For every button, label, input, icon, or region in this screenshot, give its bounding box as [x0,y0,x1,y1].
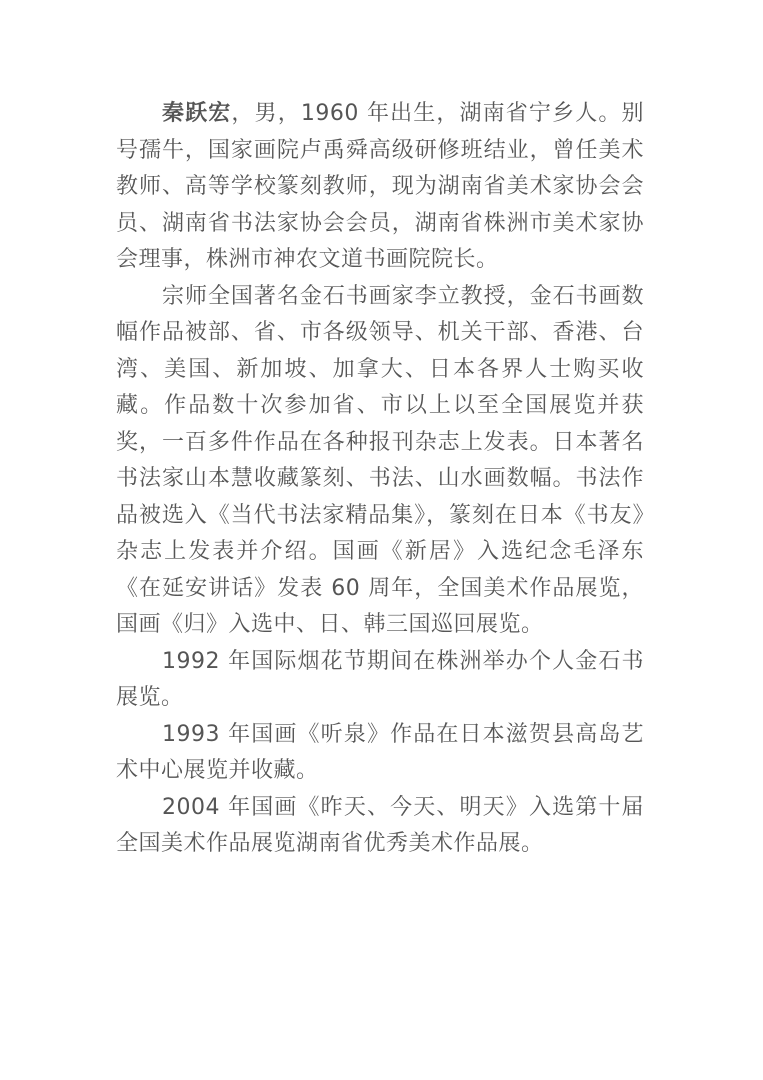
document-page: 秦跃宏，男，1960 年出生，湖南省宁乡人。别号孺牛，国家画院卢禹舜高级研修班结… [116,96,644,863]
bio-text: ，男，1960 年出生，湖南省宁乡人。别号孺牛，国家画院卢禹舜高级研修班结业，曾… [116,101,644,272]
paragraph-achievements: 宗师全国著名金石书画家李立教授，金石书画数幅作品被部、省、市各级领导、机关干部、… [116,279,644,644]
artist-name: 秦跃宏 [162,101,231,126]
paragraph-bio: 秦跃宏，男，1960 年出生，湖南省宁乡人。别号孺牛，国家画院卢禹舜高级研修班结… [116,96,644,279]
paragraph-2004: 2004 年国画《昨天、今天、明天》入选第十届全国美术作品展览湖南省优秀美术作品… [116,790,644,863]
paragraph-1992: 1992 年国际烟花节期间在株洲举办个人金石书展览。 [116,644,644,717]
paragraph-1993: 1993 年国画《听泉》作品在日本滋贺县高岛艺术中心展览并收藏。 [116,717,644,790]
